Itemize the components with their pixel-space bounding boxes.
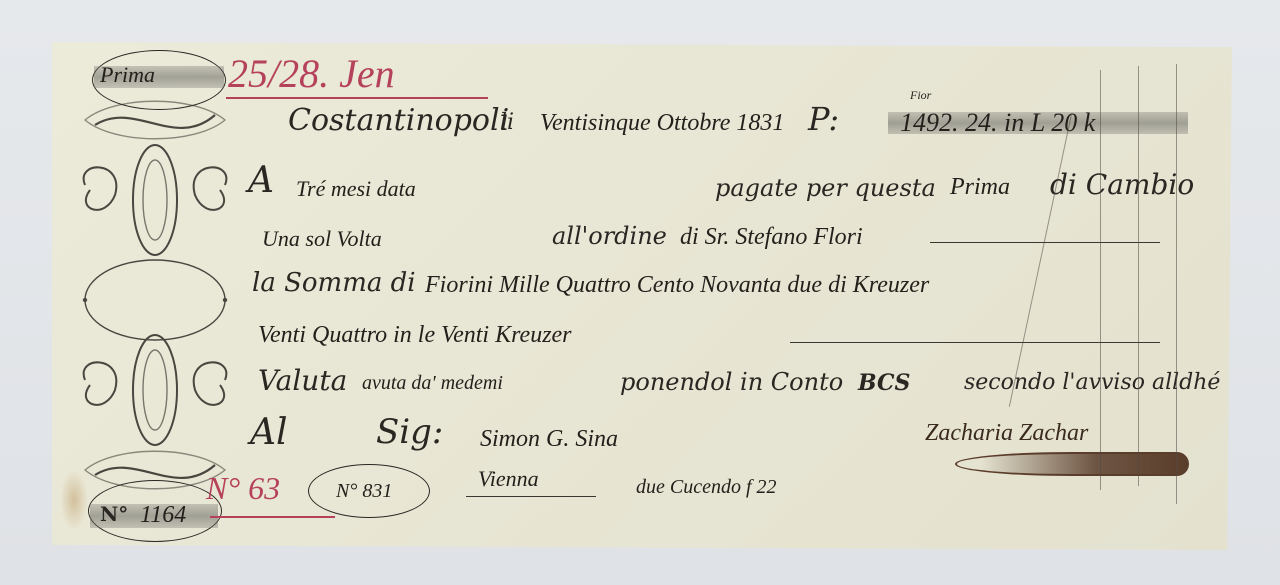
line2-printed-b: all'ordine [552,222,667,250]
line2-handwritten-b: di Sr. Stefano Flori [680,224,863,251]
addressee-title: Sig: [376,412,443,452]
red-date-annotation: 25/28. Jen [228,50,395,97]
red-number: N° 63 [206,470,280,507]
line5-handwritten-a: avuta da' medemi [362,372,503,395]
drawer-signature: Zacharia Zachar [925,420,1088,447]
line1-handwritten-a: Tré mesi data [296,176,416,202]
addressee-note: due Cucendo f 22 [636,476,777,499]
addressee-name: Simon G. Sina [480,426,618,453]
pencil-mark [1100,70,1101,490]
calligraphic-flourish-border [75,100,235,500]
pencil-mark [1176,64,1177,504]
addressee-city: Vienna [478,466,539,492]
oval-number: N° 831 [336,480,392,503]
line5-handwritten-b: BCS [858,370,910,396]
amount-superscript: Fior [910,88,931,103]
line3-printed-a: la Somma di [252,268,416,298]
line2-handwritten-a: Una sol Volta [262,226,382,252]
line1-handwritten-b: Prima [950,174,1010,201]
line5-printed-c: secondo l'avviso alldhé [964,370,1220,395]
red-underline-top [226,97,488,99]
line3-handwritten-a: Fiorini Mille Quattro Cento Novanta due … [425,272,929,299]
pencil-mark [1138,66,1139,486]
line4-handwritten-a: Venti Quattro in le Venti Kreuzer [258,322,572,349]
line1-printed-c: di Cambio [1050,168,1194,201]
addressee-prefix: Al [250,412,288,453]
line5-printed-b: ponendol in Conto [620,368,843,396]
amount-prefix: P: [808,100,839,138]
line1-printed-b: pagate per questa [715,174,936,202]
line1-printed-a: A [248,160,274,201]
serial-prefix: N° [100,502,128,526]
place-printed: Costantinopoli [288,103,509,138]
serial-number: 1164 [140,502,186,529]
date-handwritten: Ventisinque Ottobre 1831 [540,110,784,137]
signature-flourish [955,452,1189,476]
copy-label: Prima [100,62,155,88]
red-underline-bottom [210,516,335,518]
line5-printed-a: Valuta [258,364,347,397]
city-underline [466,496,596,497]
date-prefix: li [500,110,514,135]
line2-filler [930,242,1160,243]
line4-filler [790,342,1160,343]
